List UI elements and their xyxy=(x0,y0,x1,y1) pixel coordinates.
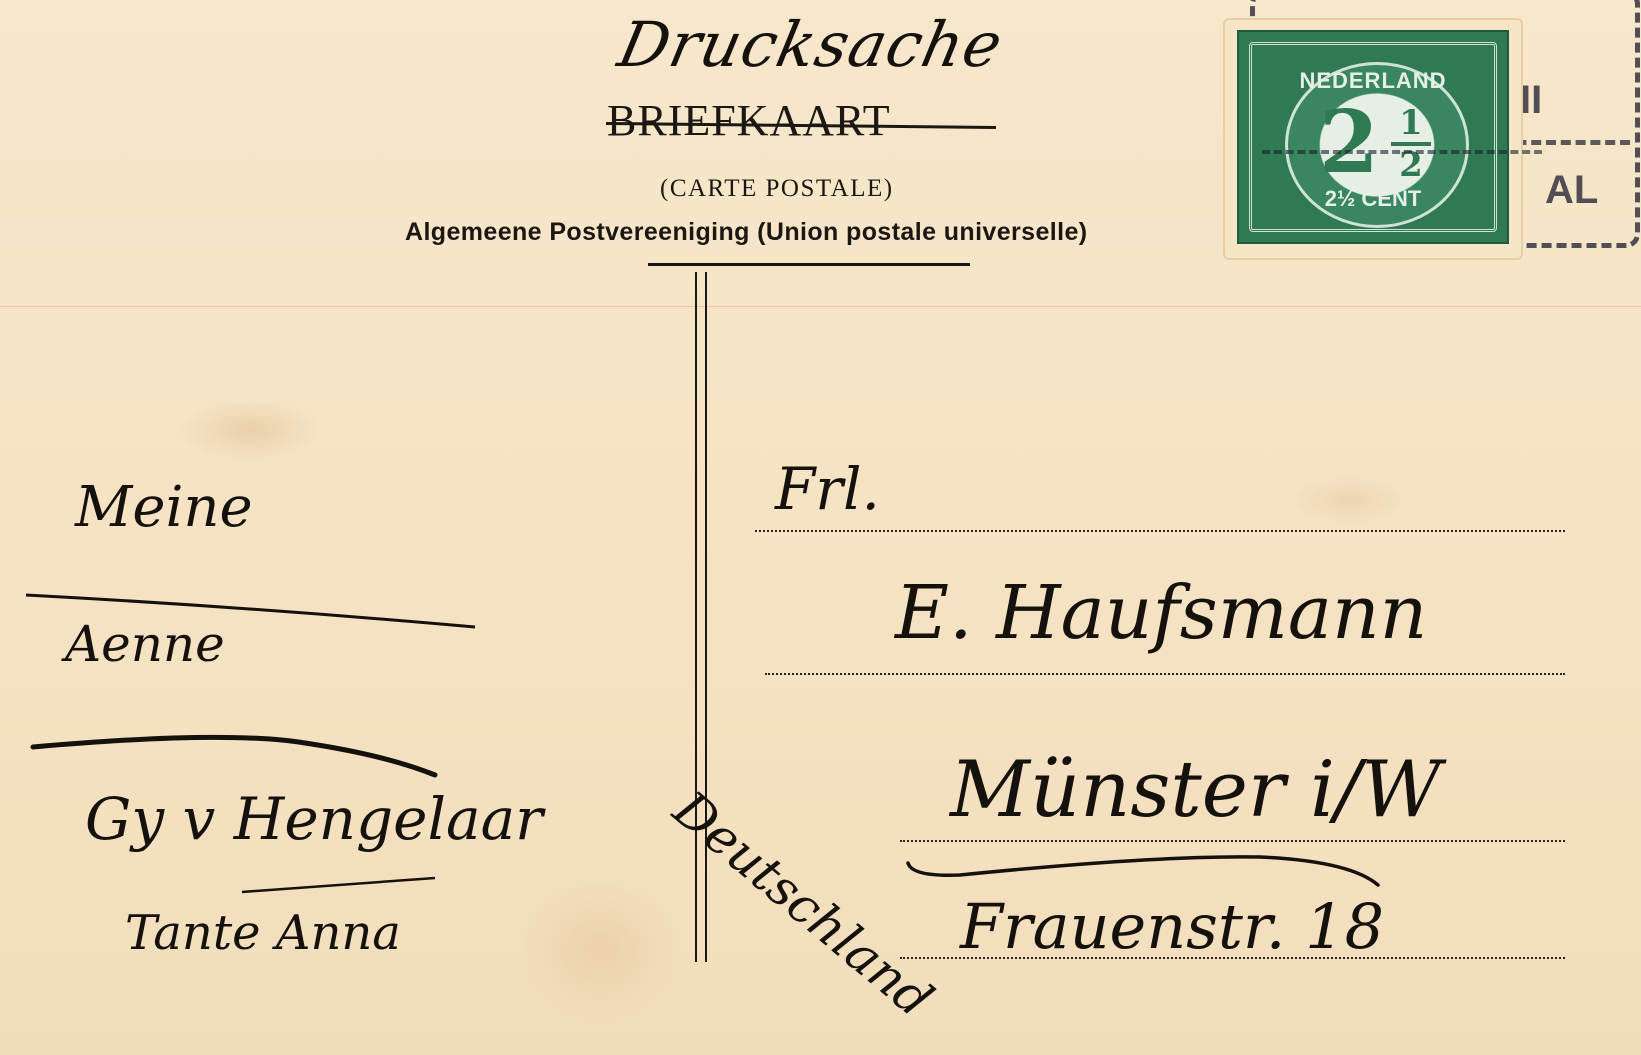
stamp-fraction: 1 2 xyxy=(1391,106,1431,182)
fold-line xyxy=(0,306,1641,307)
fraction-numerator: 1 xyxy=(1399,103,1423,143)
stamp-value: 2 xyxy=(1319,100,1379,186)
underline-stroke xyxy=(240,870,440,900)
stamp-design: NEDERLAND 2 1 2 2½ CENT xyxy=(1237,30,1509,244)
address-line-3 xyxy=(900,840,1565,842)
stamp-denomination: 2½ CENT xyxy=(1239,186,1507,212)
union-line: Algemeene Postvereeniging (Union postale… xyxy=(405,218,1087,247)
city-underline-stroke xyxy=(900,845,1400,895)
postage-stamp: NEDERLAND 2 1 2 2½ CENT xyxy=(1225,20,1521,258)
address-line-4 xyxy=(900,957,1565,959)
address-salutation: Frl. xyxy=(775,455,880,523)
underline-stroke xyxy=(25,725,445,785)
handwritten-title: Drucksache xyxy=(612,8,1009,81)
message-line: Tante Anna xyxy=(125,905,401,961)
postmark-fragment: AL xyxy=(1545,168,1598,213)
message-line: Aenne xyxy=(65,615,225,673)
subtitle: (CARTE POSTALE) xyxy=(660,175,894,203)
address-street: Frauenstr. 18 xyxy=(960,890,1384,963)
address-city: Münster i/W xyxy=(950,745,1441,835)
postcard-back: Drucksache BRIEFKAART (CARTE POSTALE) Al… xyxy=(0,0,1641,1055)
address-name: E. Haufsmann xyxy=(895,570,1427,656)
message-line: Gy v Hengelaar xyxy=(85,785,543,853)
postmark-bar-over-stamp xyxy=(1262,150,1542,154)
printed-title: BRIEFKAART xyxy=(607,95,891,146)
stamp-country: NEDERLAND xyxy=(1239,68,1507,94)
address-line-2 xyxy=(765,673,1565,675)
divider-line-left xyxy=(695,272,697,962)
message-line: Meine xyxy=(75,475,253,540)
address-line-1 xyxy=(755,530,1565,532)
postmark-fragment: II xyxy=(1520,78,1542,123)
header-rule xyxy=(648,263,970,266)
